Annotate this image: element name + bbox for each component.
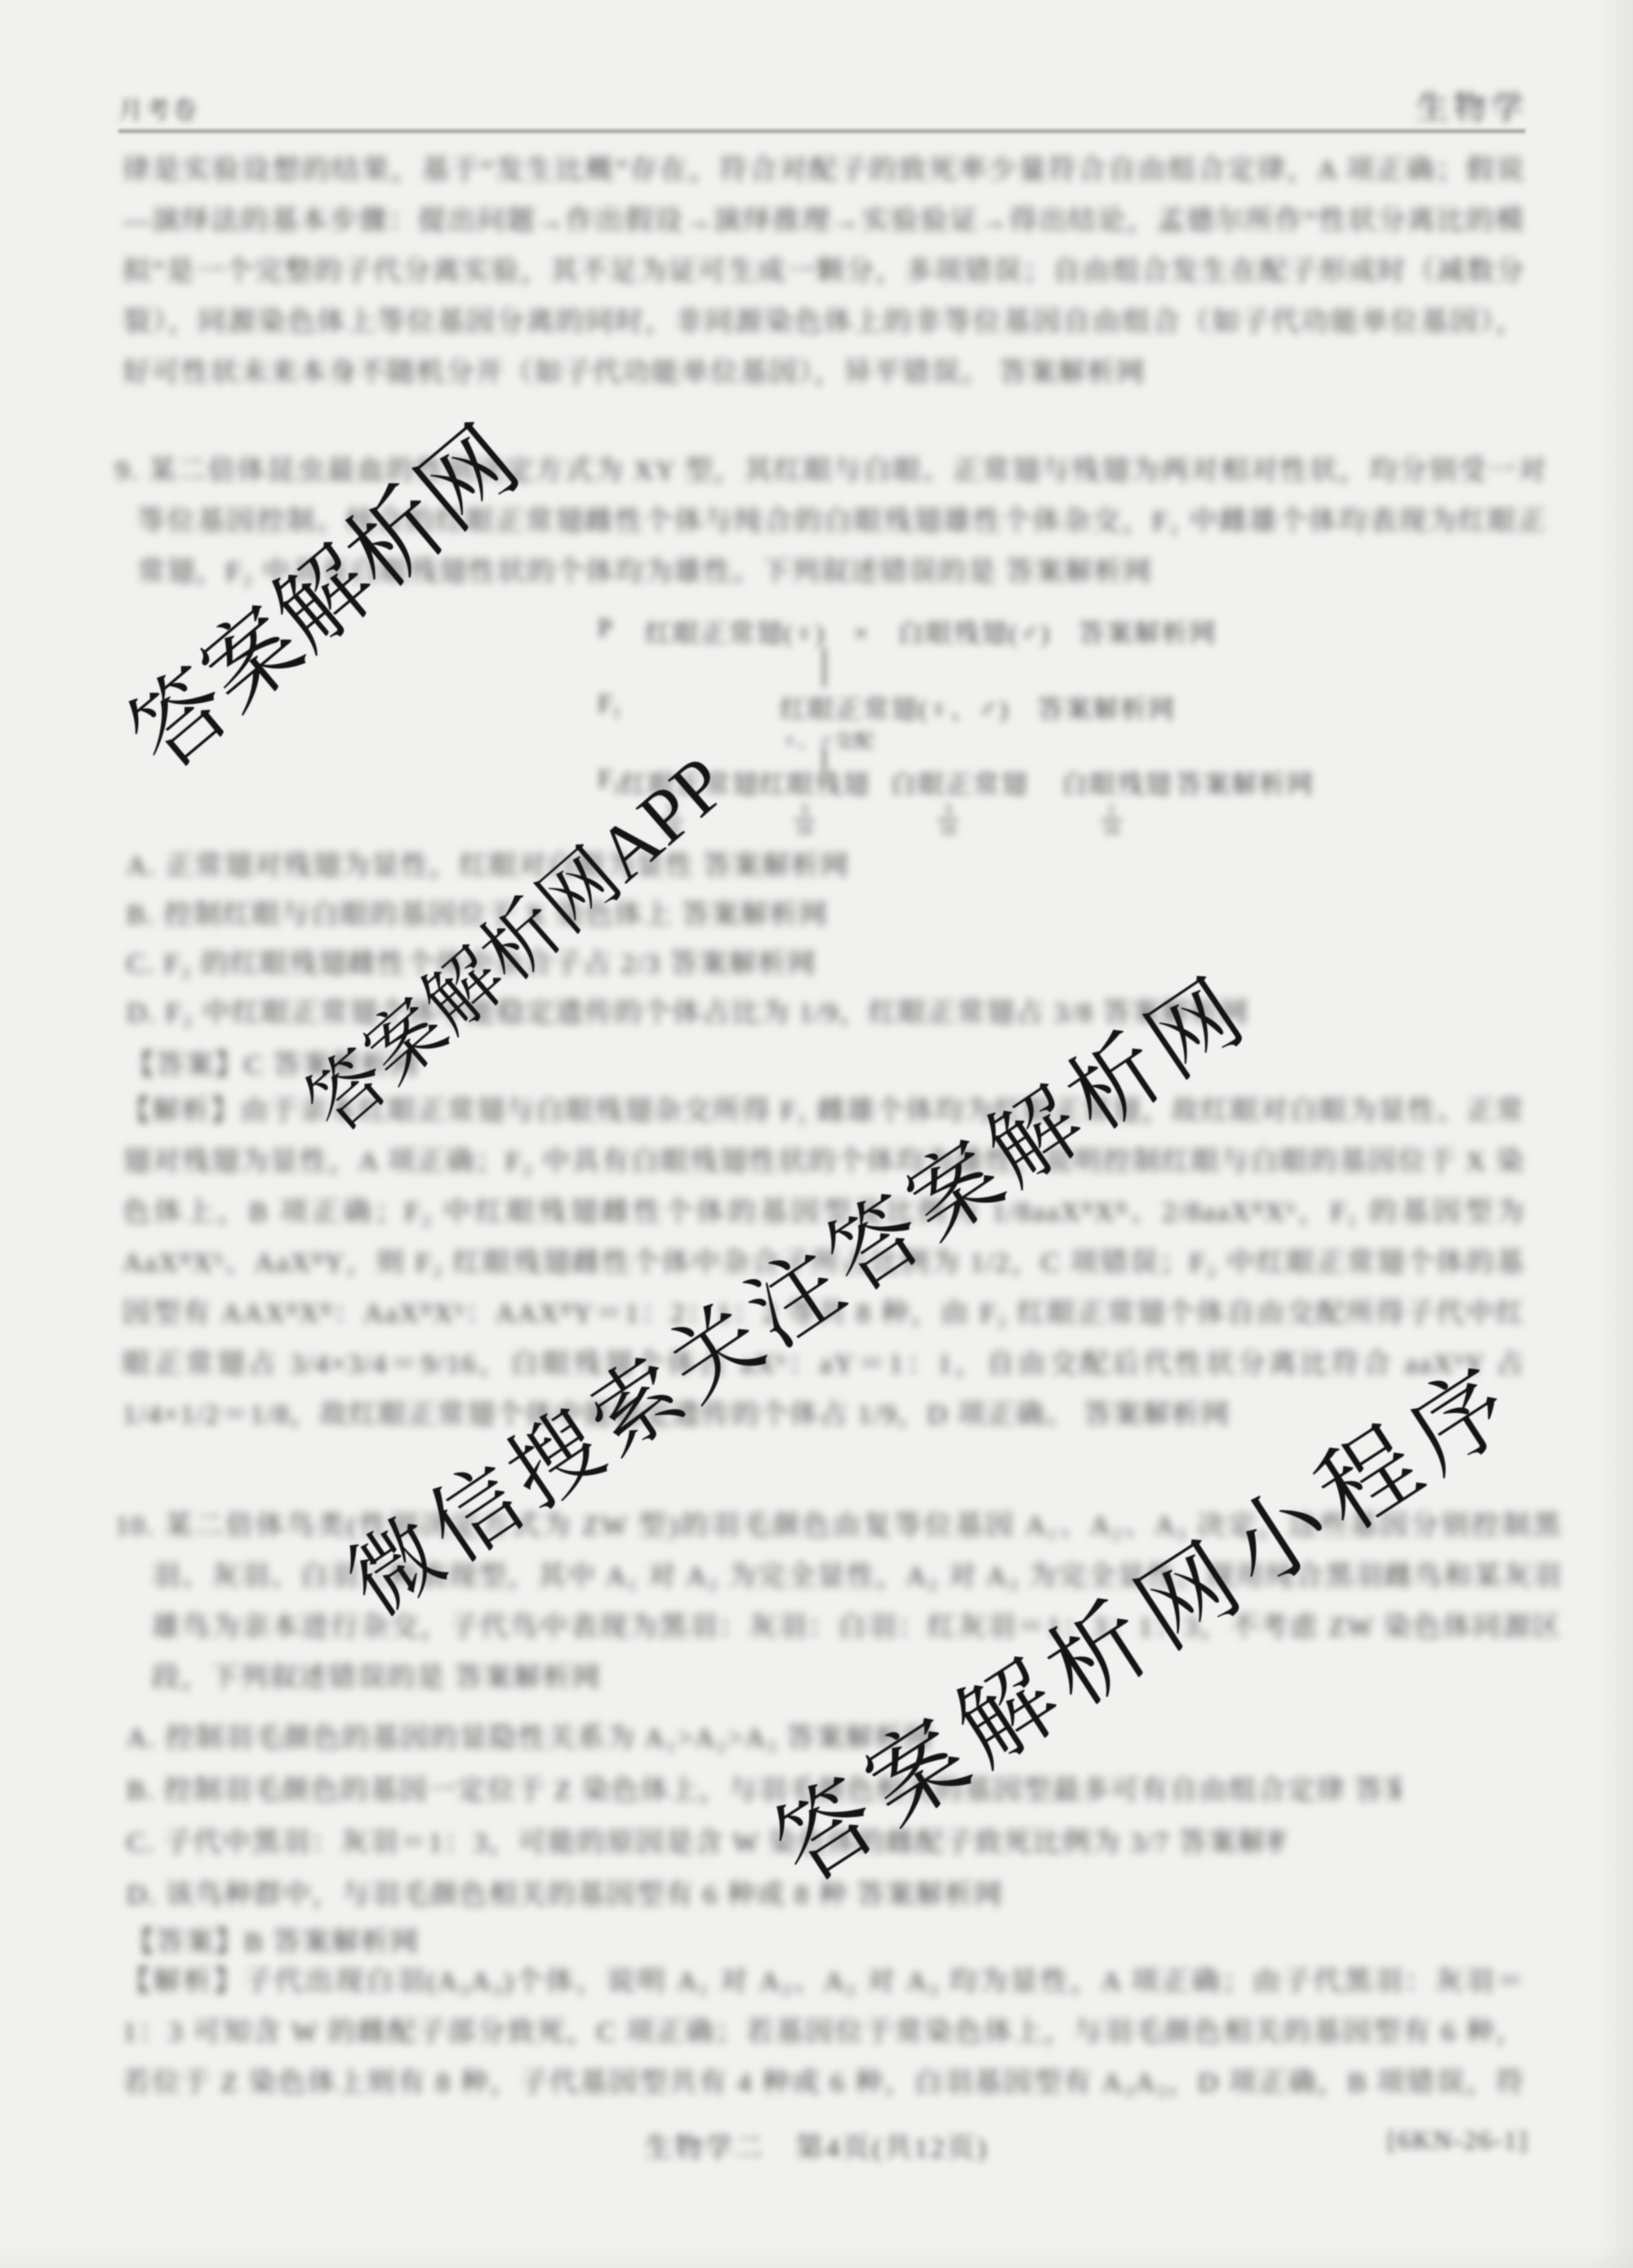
diagram-p-label: P bbox=[598, 613, 612, 643]
diagram-f2-phenotype-4: 白眼残翅 bbox=[1061, 764, 1172, 801]
diagram-p-row: 红眼正常翅(♀) × 白眼残翅(♂) 答案解析网 bbox=[645, 613, 1217, 650]
question-10-answer: 【答案】B 答案解析网 bbox=[127, 1919, 420, 1959]
question-10-analysis: 【解析】子代出现白羽(A₃A₃)个体，说明 A₁ 对 A₃、A₂ 对 A₃ 均为… bbox=[122, 1957, 1525, 2109]
diagram-f1-row: 红眼正常翅(♀、♂) 答案解析网 bbox=[780, 688, 1176, 726]
diagram-f2-fraction-2: 3 16 bbox=[794, 801, 815, 839]
fraction-numerator: 3 bbox=[941, 801, 954, 819]
diagram-f2-fraction-4: 1 16 bbox=[1101, 801, 1122, 839]
diagram-f2-phenotype-2: 红眼残翅 bbox=[759, 764, 870, 801]
diagram-f2-fraction-3: 3 16 bbox=[937, 801, 959, 839]
scan-edge-shading-bottom bbox=[0, 2243, 1633, 2268]
scan-edge-shading-right bbox=[1595, 0, 1633, 2268]
header-left-label: 月考卷 bbox=[118, 90, 199, 126]
fraction-denominator: 16 bbox=[794, 819, 815, 839]
fraction-denominator: 16 bbox=[1101, 819, 1122, 839]
diagram-f2-phenotype-3: 白眼正常翅 bbox=[890, 764, 1029, 801]
fraction-numerator: 3 bbox=[798, 801, 811, 819]
diagram-mating-note: ♀、♂交配 bbox=[782, 724, 874, 753]
diagram-descent-line-1 bbox=[823, 648, 825, 687]
footer-code: [6KN-26-1] bbox=[1387, 2125, 1528, 2155]
paragraph-q8-analysis-tail: 律是实验设想的结果，基于“发生比概”存在，符合对配子的致死率少量符合自由组合定律… bbox=[122, 145, 1525, 449]
question-10-option-c: C. 子代中黑羽：灰羽＝1：3，可能的原因是含 W 染色体的雌配子致死比例为 3… bbox=[127, 1820, 1286, 1860]
header-right-subject: 生物学 bbox=[1416, 82, 1528, 128]
diagram-f1-label: F₁ bbox=[598, 688, 621, 719]
question-9-option-a: A. 正常翅对残翅为显性，红眼对白眼为显性 答案解析网 bbox=[127, 843, 850, 883]
header-rule bbox=[118, 129, 1525, 133]
fraction-denominator: 16 bbox=[937, 819, 959, 839]
scanned-exam-page: 月考卷 生物学 律是实验设想的结果，基于“发生比概”存在，符合对配子的致死率少量… bbox=[0, 0, 1633, 2268]
fraction-numerator: 1 bbox=[1105, 801, 1118, 819]
diagram-f2-token: 答案解析网 bbox=[1176, 764, 1315, 801]
question-10-option-d: D. 该鸟种群中，与羽毛颜色相关的基因型有 6 种或 8 种 答案解析网 bbox=[127, 1872, 1003, 1912]
